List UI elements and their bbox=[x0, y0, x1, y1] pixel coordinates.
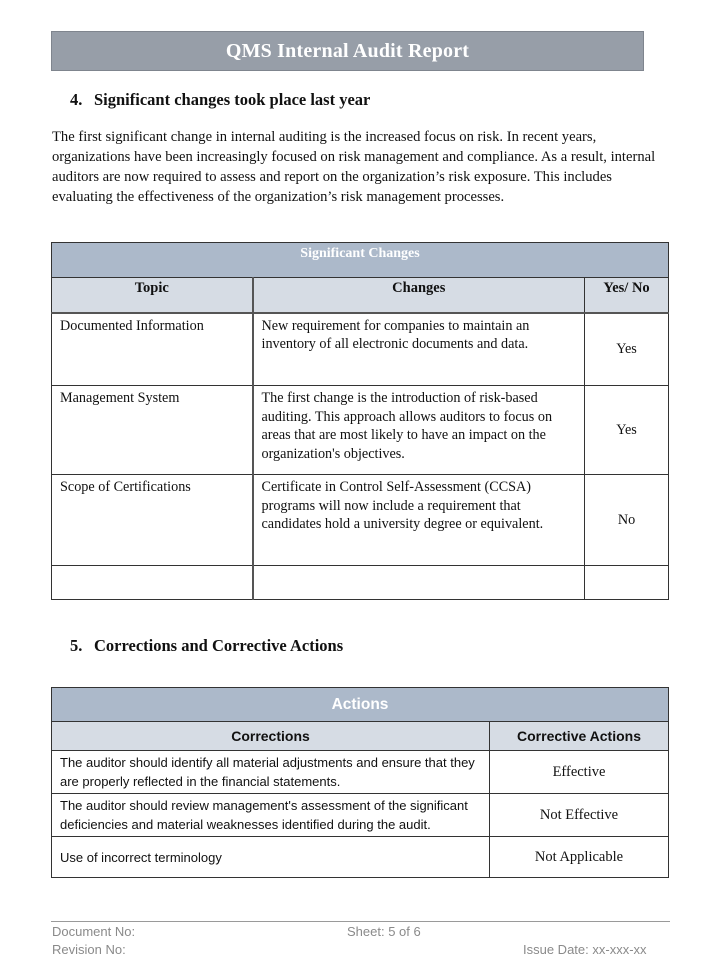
column-header-yes-no: Yes/ No bbox=[585, 278, 669, 313]
corrective-action-cell: Not Applicable bbox=[490, 837, 669, 878]
footer-revision-no: Revision No: bbox=[52, 942, 126, 957]
yes-no-cell: Yes bbox=[585, 386, 669, 475]
significant-changes-table: Significant Changes Topic Changes Yes/ N… bbox=[51, 242, 669, 600]
section-5-heading: 5.Corrections and Corrective Actions bbox=[70, 636, 343, 656]
yes-no-cell bbox=[585, 566, 669, 600]
actions-table: Actions Corrections Corrective Actions T… bbox=[51, 687, 669, 878]
footer-document-no: Document No: bbox=[52, 924, 135, 939]
section-5-title: Corrections and Corrective Actions bbox=[94, 636, 343, 655]
table-row: Use of incorrect terminology Not Applica… bbox=[52, 837, 669, 878]
table-row: Documented Information New requirement f… bbox=[52, 313, 669, 386]
column-header-topic: Topic bbox=[52, 278, 253, 313]
topic-cell: Documented Information bbox=[52, 313, 253, 386]
yes-no-cell: Yes bbox=[585, 313, 669, 386]
table-caption: Significant Changes bbox=[52, 243, 669, 278]
changes-cell bbox=[253, 566, 585, 600]
section-4-title: Significant changes took place last year bbox=[94, 90, 370, 109]
correction-cell: Use of incorrect terminology bbox=[52, 837, 490, 878]
topic-cell: Management System bbox=[52, 386, 253, 475]
changes-cell: The first change is the introduction of … bbox=[253, 386, 585, 475]
table-row: Scope of Certifications Certificate in C… bbox=[52, 475, 669, 566]
footer-divider bbox=[51, 921, 670, 922]
table-row: The auditor should review management's a… bbox=[52, 794, 669, 837]
section-4-heading: 4.Significant changes took place last ye… bbox=[70, 90, 370, 110]
corrective-action-cell: Not Effective bbox=[490, 794, 669, 837]
footer-sheet: Sheet: 5 of 6 bbox=[347, 924, 421, 939]
table-row-empty bbox=[52, 566, 669, 600]
changes-cell: New requirement for companies to maintai… bbox=[253, 313, 585, 386]
correction-cell: The auditor should identify all material… bbox=[52, 751, 490, 794]
section-5-number: 5. bbox=[70, 636, 94, 656]
topic-cell: Scope of Certifications bbox=[52, 475, 253, 566]
changes-cell: Certificate in Control Self-Assessment (… bbox=[253, 475, 585, 566]
corrective-action-cell: Effective bbox=[490, 751, 669, 794]
column-header-corrective-actions: Corrective Actions bbox=[490, 722, 669, 751]
section-4-number: 4. bbox=[70, 90, 94, 110]
table-row: The auditor should identify all material… bbox=[52, 751, 669, 794]
correction-cell: The auditor should review management's a… bbox=[52, 794, 490, 837]
column-header-changes: Changes bbox=[253, 278, 585, 313]
column-header-corrections: Corrections bbox=[52, 722, 490, 751]
table-row: Management System The first change is th… bbox=[52, 386, 669, 475]
footer-issue-date: Issue Date: xx-xxx-xx bbox=[523, 942, 647, 957]
document-title: QMS Internal Audit Report bbox=[226, 40, 469, 63]
topic-cell bbox=[52, 566, 253, 600]
yes-no-cell: No bbox=[585, 475, 669, 566]
section-4-paragraph: The first significant change in internal… bbox=[52, 127, 672, 207]
table-caption: Actions bbox=[52, 688, 669, 722]
document-title-bar: QMS Internal Audit Report bbox=[51, 31, 644, 71]
